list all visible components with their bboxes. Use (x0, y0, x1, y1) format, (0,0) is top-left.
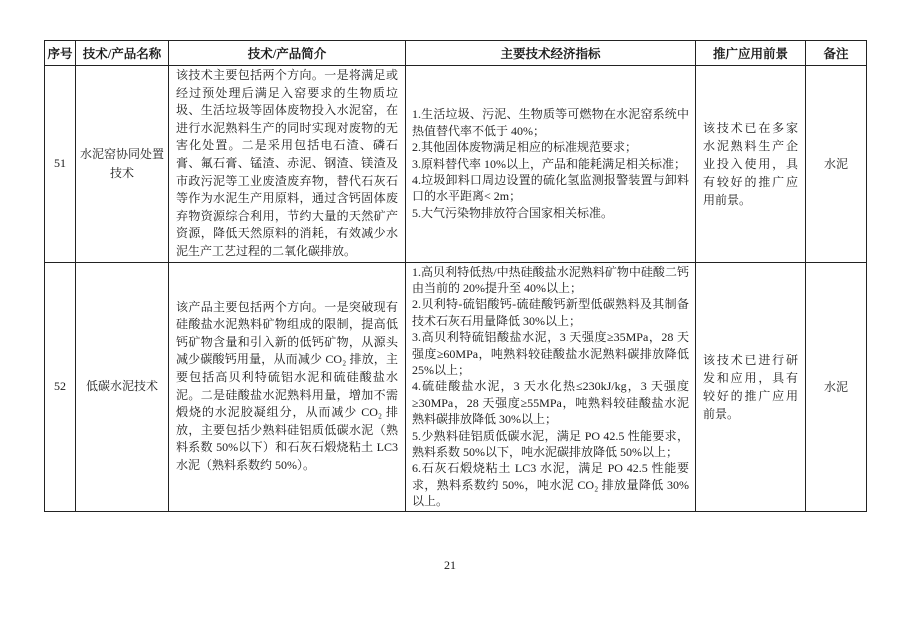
header-tech-product-intro: 技术/产品简介 (169, 41, 406, 66)
indicator-item: 4.硫硅酸盐水泥，3 天水化热≤230kJ/kg，3 天强度≥30MPa，28 … (412, 378, 689, 427)
indicator-item: 1.高贝利特低热/中热硅酸盐水泥熟料矿物中硅酸二钙由当前的 20%提升至 40%… (412, 264, 689, 297)
tech-remark: 水泥 (806, 66, 867, 263)
tech-prospect: 该技术已在多家水泥熟料生产企业投入使用，具有较好的推广应用前景。 (696, 66, 806, 263)
tech-name: 低碳水泥技术 (76, 262, 169, 511)
indicator-item: 2.贝利特-硫铝酸钙-硫硅酸钙新型低碳熟料及其制备技术石灰石用量降低 30%以上… (412, 296, 689, 329)
table-row: 52 低碳水泥技术 该产品主要包括两个方向。一是突破现有硅酸盐水泥熟料矿物组成的… (45, 262, 867, 511)
serial-number: 51 (45, 66, 76, 263)
header-remarks: 备注 (806, 41, 867, 66)
indicator-item: 3.原料替代率 10%以上，产品和能耗满足相关标准； (412, 156, 689, 172)
header-tech-product-name: 技术/产品名称 (76, 41, 169, 66)
document-page: 序号 技术/产品名称 技术/产品简介 主要技术经济指标 推广应用前景 备注 51… (0, 0, 900, 636)
indicator-item: 4.垃圾卸料口周边设置的硫化氢监测报警装置与卸料口的水平距离< 2m； (412, 172, 689, 205)
tech-remark: 水泥 (806, 262, 867, 511)
indicator-item: 3.高贝利特硫铝酸盐水泥，3 天强度≥35MPa，28 天强度≥60MPa，吨熟… (412, 329, 689, 378)
table-row: 51 水泥窑协同处置技术 该技术主要包括两个方向。一是将满足或经过预处理后满足入… (45, 66, 867, 263)
tech-intro: 该技术主要包括两个方向。一是将满足或经过预处理后满足入窑要求的生物质垃圾、生活垃… (169, 66, 406, 263)
header-main-indicators: 主要技术经济指标 (406, 41, 696, 66)
serial-number: 52 (45, 262, 76, 511)
indicator-item: 5.少熟料硅铝质低碳水泥，满足 PO 42.5 性能要求，熟料系数 50%以下，… (412, 428, 689, 461)
indicator-item: 6.石灰石煅烧粘土 LC3 水泥，满足 PO 42.5 性能要求，熟料系数约 5… (412, 460, 689, 509)
indicator-item: 2.其他固体废物满足相应的标准规范要求； (412, 139, 689, 155)
indicator-item: 5.大气污染物排放符合国家相关标准。 (412, 205, 689, 221)
tech-prospect: 该技术已进行研发和应用，具有较好的推广应用前景。 (696, 262, 806, 511)
header-serial-number: 序号 (45, 41, 76, 66)
tech-name: 水泥窑协同处置技术 (76, 66, 169, 263)
technology-table: 序号 技术/产品名称 技术/产品简介 主要技术经济指标 推广应用前景 备注 51… (44, 40, 867, 512)
header-application-prospect: 推广应用前景 (696, 41, 806, 66)
indicator-item: 1.生活垃圾、污泥、生物质等可燃物在水泥窑系统中热值替代率不低于 40%； (412, 106, 689, 139)
tech-indicators: 1.高贝利特低热/中热硅酸盐水泥熟料矿物中硅酸二钙由当前的 20%提升至 40%… (406, 262, 696, 511)
page-number: 21 (0, 558, 900, 573)
tech-intro: 该产品主要包括两个方向。一是突破现有硅酸盐水泥熟料矿物组成的限制，提高低钙矿物含… (169, 262, 406, 511)
table-header-row: 序号 技术/产品名称 技术/产品简介 主要技术经济指标 推广应用前景 备注 (45, 41, 867, 66)
tech-indicators: 1.生活垃圾、污泥、生物质等可燃物在水泥窑系统中热值替代率不低于 40%；2.其… (406, 66, 696, 263)
